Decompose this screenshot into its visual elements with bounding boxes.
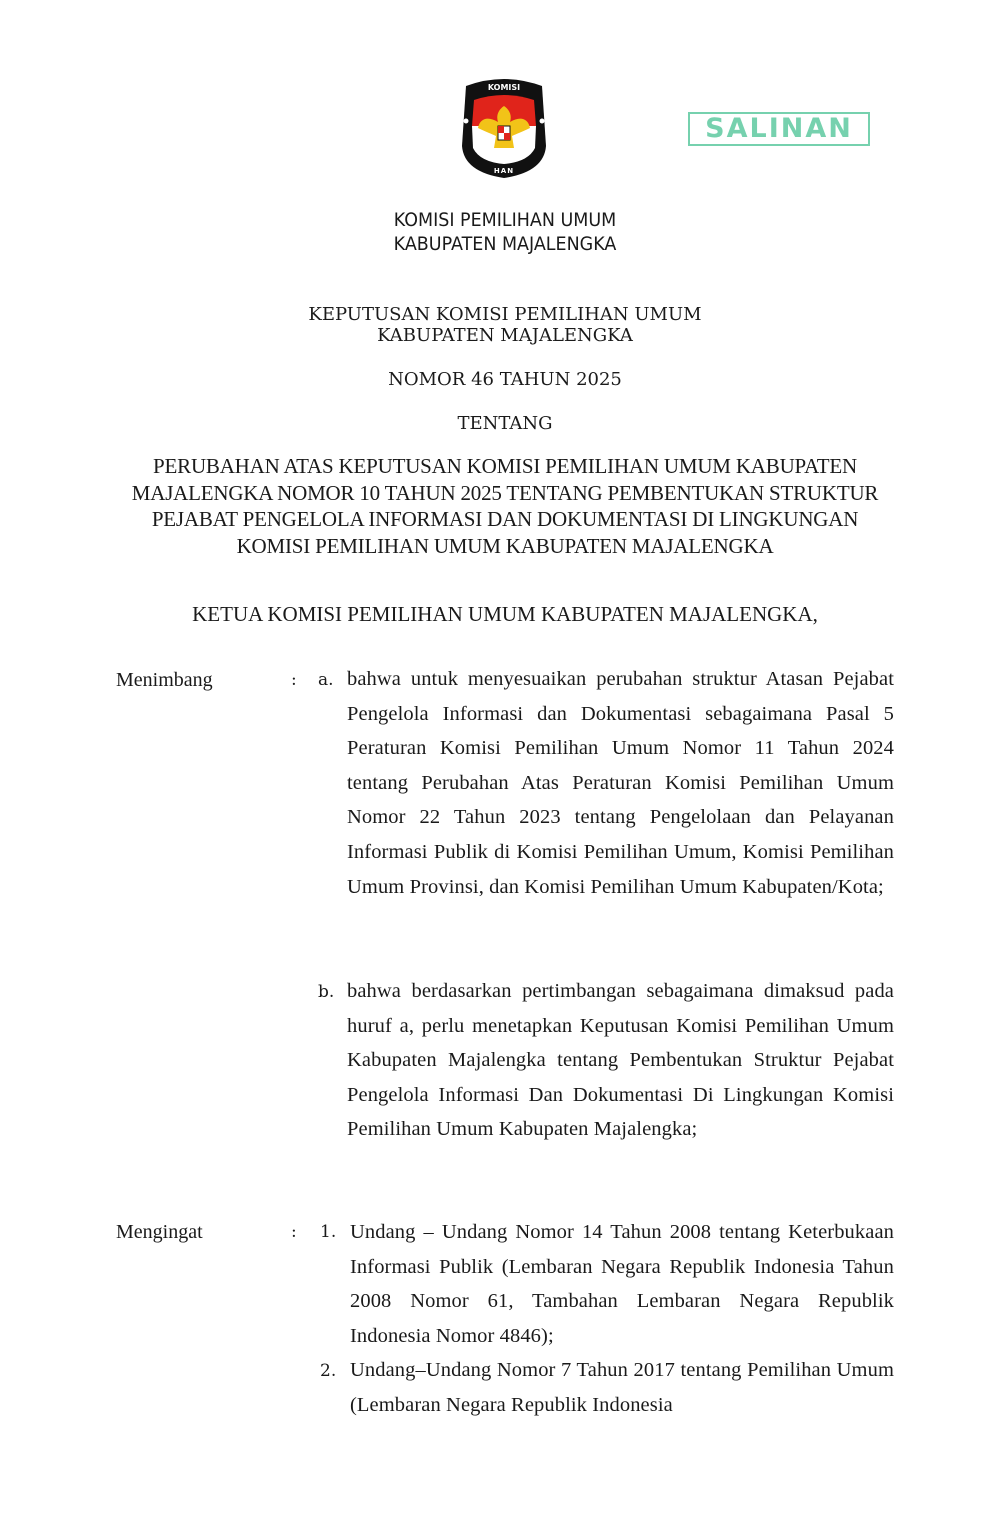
menimbang-colon: : [291, 668, 297, 692]
subject-line: PEJABAT PENGELOLA INFORMASI DAN DOKUMENT… [100, 506, 910, 533]
menimbang-marker-a: a. [318, 668, 334, 692]
menimbang-marker-b: b. [318, 980, 334, 1004]
kpu-garuda-emblem-icon: KOMISI HAN [458, 76, 550, 180]
decree-title-line2: KABUPATEN MAJALENGKA [0, 325, 1000, 347]
subject-line: PERUBAHAN ATAS KEPUTUSAN KOMISI PEMILIHA… [100, 453, 910, 480]
document-page: KOMISI HAN SALINAN KOMISI PEMILIHAN UMUM… [0, 0, 1000, 1529]
mengingat-marker-1: 1. [320, 1220, 336, 1244]
decree-subject: PERUBAHAN ATAS KEPUTUSAN KOMISI PEMILIHA… [100, 453, 910, 559]
org-name-line1: KOMISI PEMILIHAN UMUM [40, 208, 969, 232]
salinan-stamp: SALINAN [688, 112, 870, 146]
decree-title-line1: KEPUTUSAN KOMISI PEMILIHAN UMUM [0, 304, 1000, 326]
mengingat-item-2: Undang–Undang Nomor 7 Tahun 2017 tentang… [350, 1353, 894, 1422]
menimbang-item-a: bahwa untuk menyesuaikan perubahan struk… [347, 662, 894, 904]
mengingat-colon: : [291, 1220, 297, 1244]
mengingat-item-1: Undang – Undang Nomor 14 Tahun 2008 tent… [350, 1215, 894, 1353]
issuer-line: KETUA KOMISI PEMILIHAN UMUM KABUPATEN MA… [100, 601, 910, 627]
svg-text:HAN: HAN [494, 167, 514, 175]
subject-line: KOMISI PEMILIHAN UMUM KABUPATEN MAJALENG… [100, 533, 910, 560]
menimbang-label: Menimbang [116, 668, 213, 692]
mengingat-label: Mengingat [116, 1220, 203, 1244]
mengingat-marker-2: 2. [320, 1359, 336, 1383]
svg-text:KOMISI: KOMISI [488, 83, 520, 92]
menimbang-item-b: bahwa berdasarkan pertimbangan sebagaima… [347, 974, 894, 1147]
decree-number: NOMOR 46 TAHUN 2025 [0, 369, 1000, 391]
org-name-line2: KABUPATEN MAJALENGKA [40, 232, 969, 256]
decree-about: TENTANG [0, 413, 1000, 435]
subject-line: MAJALENGKA NOMOR 10 TAHUN 2025 TENTANG P… [100, 480, 910, 507]
